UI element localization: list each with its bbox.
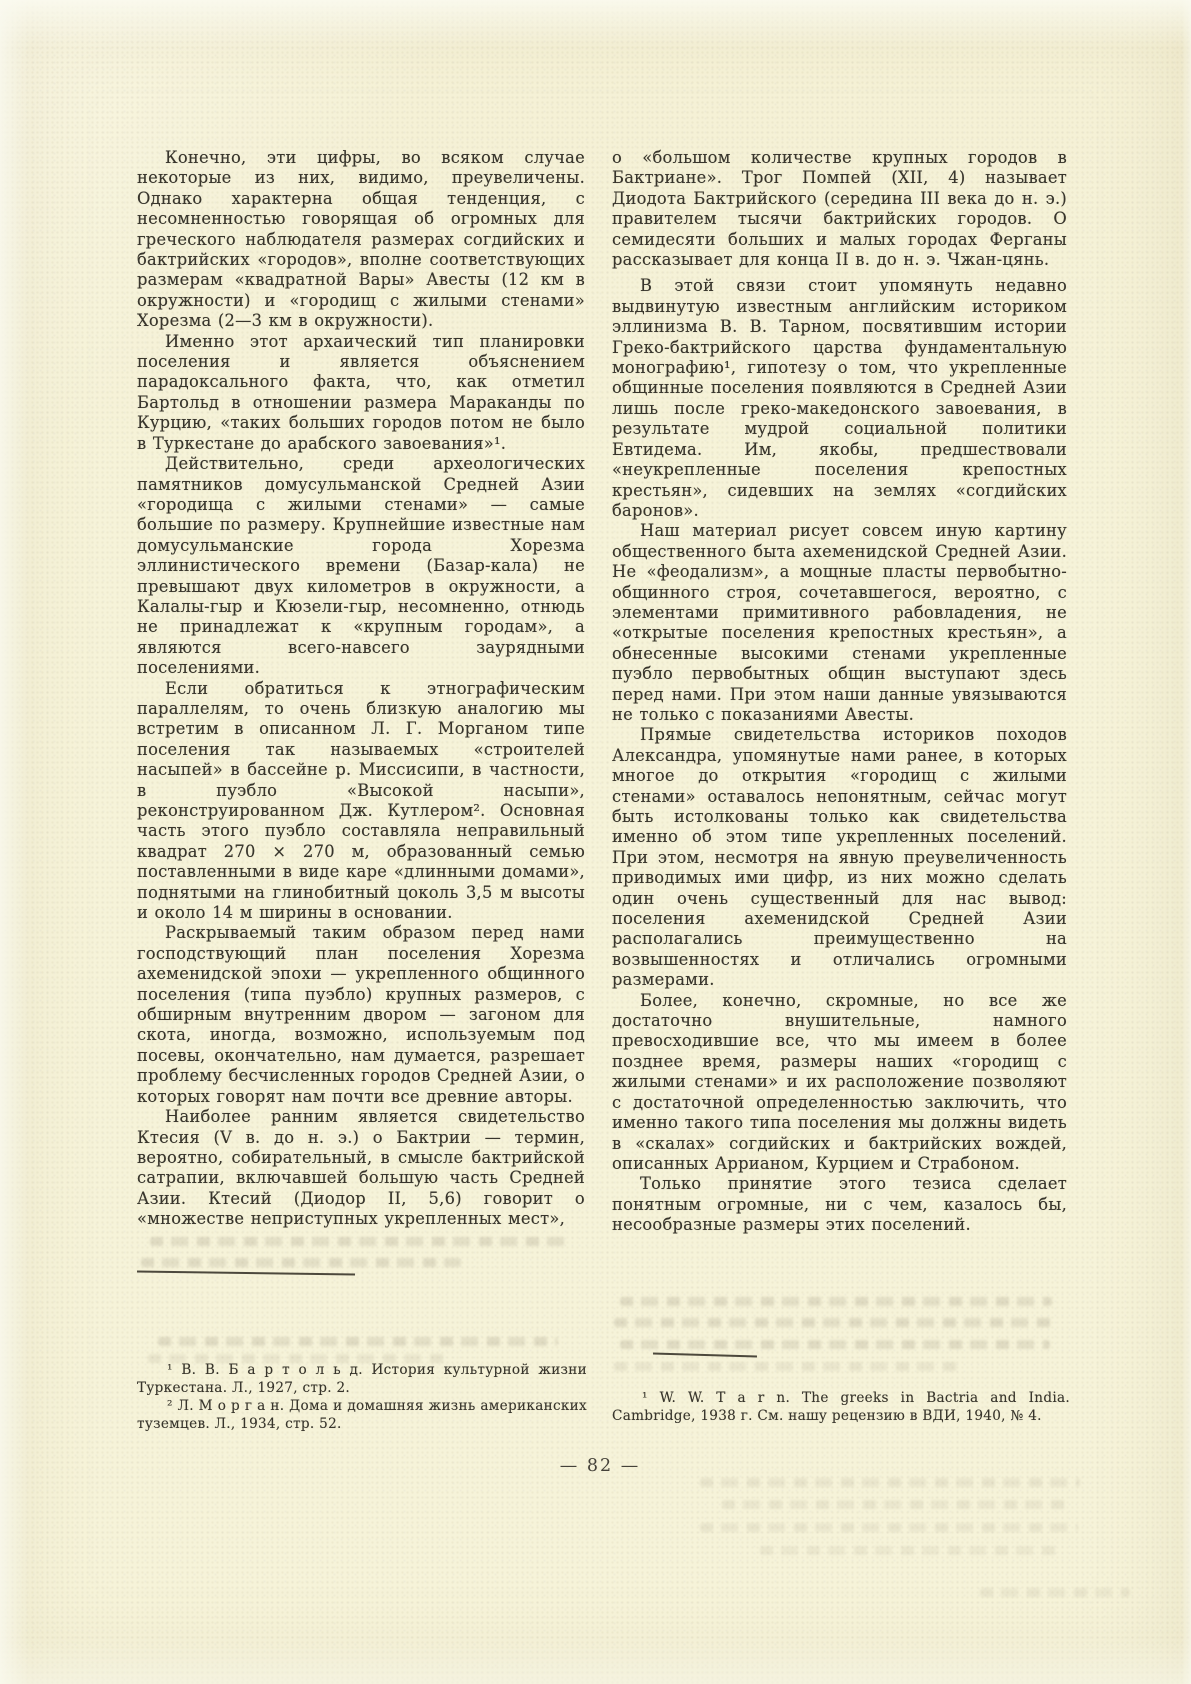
page-bleed-through xyxy=(700,1478,1080,1487)
footnotes-left: ¹ В. В. Б а р т о л ь д. История культур… xyxy=(137,1362,587,1434)
page-bleed-through xyxy=(620,1297,1052,1306)
scan-margin-bottom xyxy=(0,1638,1191,1684)
page-number: — 82 — xyxy=(520,1456,680,1476)
paragraph: Прямые свидетельства историков походов А… xyxy=(612,725,1067,990)
footnote-divider-right xyxy=(653,1353,757,1358)
scan-margin-top xyxy=(0,0,1191,48)
page-bleed-through xyxy=(980,1588,1130,1597)
paragraph: Более, конечно, скромные, но все же дост… xyxy=(612,991,1067,1175)
scan-margin-left xyxy=(0,0,30,1684)
footnote: ² Л. М о р г а н. Дома и домашняя жизнь … xyxy=(137,1398,587,1433)
paragraph: Конечно, эти цифры, во всяком случае нек… xyxy=(137,148,585,332)
page-bleed-through xyxy=(150,1237,565,1246)
page-bleed-through xyxy=(722,1500,1072,1509)
paragraph: Наш материал рисует совсем иную картину … xyxy=(612,521,1067,725)
paragraph: Действительно, среди археологических пам… xyxy=(137,454,585,678)
text-column-right: о «большом количестве крупных городов в … xyxy=(612,148,1067,1236)
page-bleed-through xyxy=(614,1362,964,1371)
footnote-divider-left xyxy=(137,1270,355,1275)
page-bleed-through xyxy=(141,1258,461,1267)
scan-margin-right xyxy=(1181,0,1191,1684)
page-bleed-through xyxy=(148,1354,448,1363)
page-bleed-through xyxy=(158,1337,558,1346)
paragraph: Раскрываемый таким образом перед нами го… xyxy=(137,923,585,1107)
footnote: ¹ В. В. Б а р т о л ь д. История культур… xyxy=(137,1362,587,1397)
paragraph: Только принятие этого тезиса сделает пон… xyxy=(612,1174,1067,1235)
text-column-left: Конечно, эти цифры, во всяком случае нек… xyxy=(137,148,585,1230)
paragraph: В этой связи стоит упомянуть недавно выд… xyxy=(612,276,1067,521)
paragraph: Если обратиться к этнографическим паралл… xyxy=(137,679,585,924)
footnotes-right: ¹ W. W. T a r n. The greeks in Bactria a… xyxy=(612,1390,1070,1426)
paragraph: Наиболее ранним является свидетельство К… xyxy=(137,1107,585,1229)
scanned-book-page: Конечно, эти цифры, во всяком случае нек… xyxy=(0,0,1191,1684)
page-bleed-through xyxy=(760,1546,1060,1555)
page-bleed-through xyxy=(614,1318,1057,1327)
paragraph-continuation: о «большом количестве крупных городов в … xyxy=(612,148,1067,270)
paragraph: Именно этот архаический тип планировки п… xyxy=(137,332,585,454)
footnote: ¹ W. W. T a r n. The greeks in Bactria a… xyxy=(612,1390,1070,1425)
page-bleed-through xyxy=(700,1523,1078,1532)
page-bleed-through xyxy=(620,1340,1050,1349)
